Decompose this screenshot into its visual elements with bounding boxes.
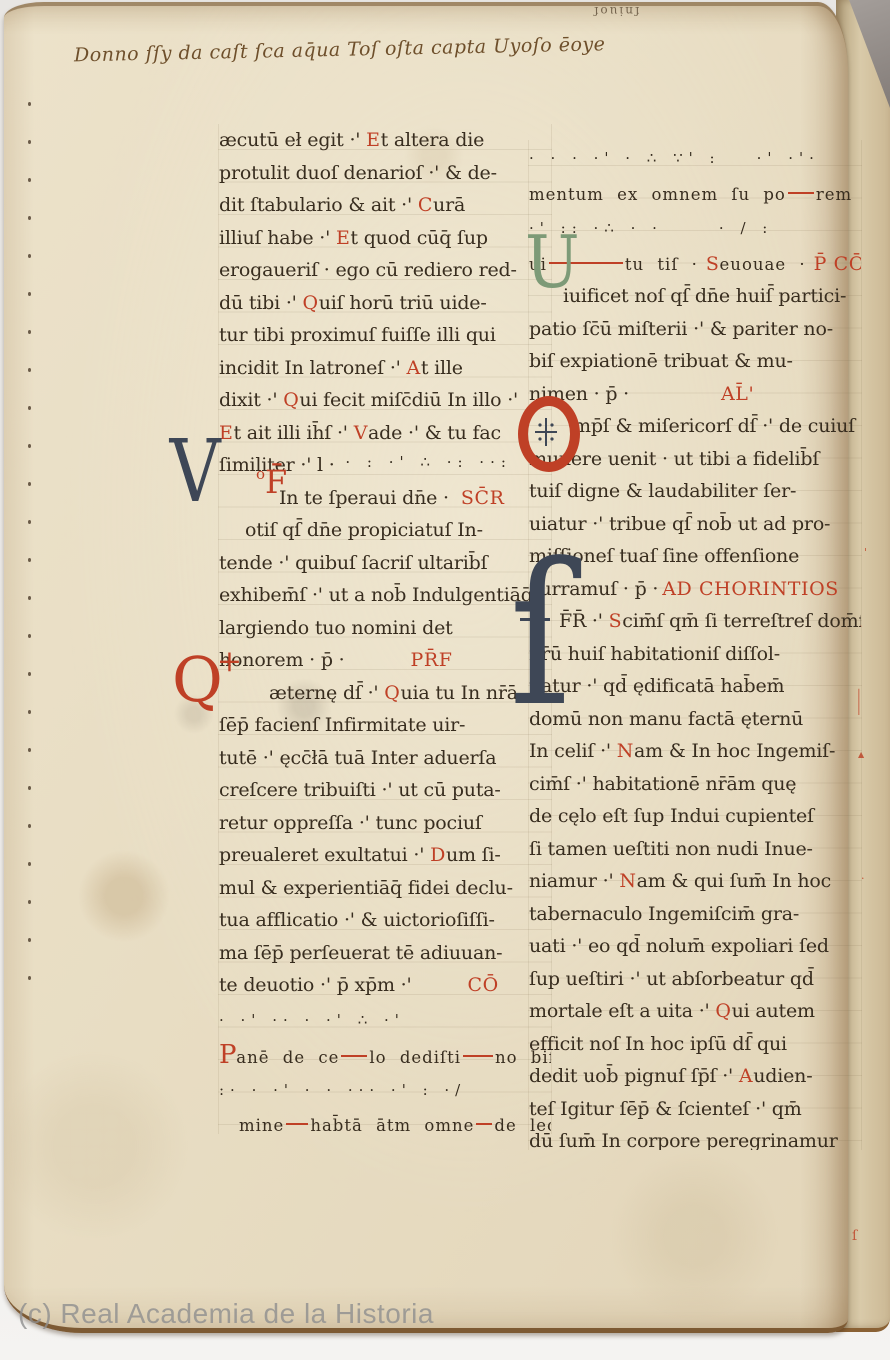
initial-q-cross: + <box>217 644 242 679</box>
red-bleed-mark: ſ <box>852 1228 857 1244</box>
body-text: mentum ex omnem ſu po <box>529 185 786 204</box>
text-line: illiuſ habe ·' Et quod cūq̄ ſup <box>219 222 551 255</box>
neume-notation: ·' ·'· <box>757 149 820 167</box>
text-line: biſ expiationē tribuat & mu- <box>529 345 861 378</box>
rubric-text: P <box>219 1040 236 1070</box>
body-text: t altera die <box>381 129 485 151</box>
rubric-text: Q <box>384 682 400 704</box>
initial-o-cross-ornament <box>534 416 558 448</box>
prick-mark-dot <box>28 368 31 372</box>
chant-line: mentum ex omnem ſu porem ſuu <box>529 178 861 211</box>
text-line: munere uenit · ut tibi a fidelib̄ſ <box>529 443 861 476</box>
body-text: ade ·' & tu fac <box>368 422 501 444</box>
chant-connector-line <box>463 1055 493 1057</box>
text-line: tur tibi proximuſ fuiſſe illi qui <box>219 319 551 352</box>
body-text: tur tibi proximuſ fuiſſe illi qui <box>219 324 496 346</box>
text-line: patio ſc̄ū miſterii ·' & pariter no- <box>529 313 861 346</box>
photo-background: '·|▲·ſ Donno ſſy da caſt ſca aq̄ua Toſ o… <box>0 0 890 1360</box>
rubric-text: SC̄R <box>461 487 505 509</box>
text-line: honorem · p̄ ·PR̄F <box>219 644 551 677</box>
initial-u-vivificet: U <box>525 234 580 292</box>
chant-connector-line <box>286 1123 308 1125</box>
chant-connector-line <box>341 1055 367 1057</box>
body-text: t ait illi ih̄ſ ·' <box>233 422 353 444</box>
prick-mark-dot <box>28 596 31 600</box>
offertory-monogram: oF̄ <box>256 468 287 496</box>
text-line: preualeret exultatui ·' Dum ſi- <box>219 839 551 872</box>
body-text: ſēp̄ facienſ Infirmitate uir- <box>219 714 465 736</box>
body-text: retur oppreſſa ·' tunc pociuſ <box>219 812 482 834</box>
prick-mark-dot <box>28 520 31 524</box>
body-text: erogaueriſ · ego cū rediero red- <box>219 259 517 281</box>
text-line: protulit duoſ denarioſ ·' & de- <box>219 157 551 190</box>
text-line: ſēp̄ facienſ Infirmitate uir- <box>219 709 551 742</box>
neume-notation: · · · ·' · ∴ ∵' : <box>529 149 721 167</box>
body-text: cim̄ſ qm̄ ſi terreſtreſ dom̄ſ <box>622 610 862 632</box>
text-line: Et ait illi ih̄ſ ·' Vade ·' & tu fac <box>219 417 551 450</box>
rubric-text: C <box>418 194 433 216</box>
body-text: dit ſtabulario & ait ·' <box>219 194 418 216</box>
rubric-text: Q <box>283 389 299 411</box>
text-line: mul & experientiāq̄ fidei declu- <box>219 872 551 905</box>
rubric-text: Q <box>715 1000 731 1022</box>
body-text: protulit duoſ denarioſ ·' & de- <box>219 162 497 184</box>
rubric-text: E <box>336 227 350 249</box>
body-text: ui autem <box>732 1000 815 1022</box>
prick-mark-dot <box>28 216 31 220</box>
text-line: tuiſ digne & laudabiliter ſer- <box>529 475 861 508</box>
body-text: mp̄ſ & miſericorſ dſ̄ ·' de cuiuſ <box>573 415 855 437</box>
chant-line: Panē de celo dediſtino biſ do <box>219 1039 551 1072</box>
chant-line: minehab̄tā ātm omnede lec ta <box>219 1109 551 1134</box>
text-line: exhibem̄ſ ·' ut a nob̄ Indulgentiāq̄ <box>219 579 551 612</box>
text-line: nimen · p̄ ·AL̄' <box>529 378 861 411</box>
initial-f-crossbar <box>520 618 550 621</box>
prick-mark-dot <box>28 710 31 714</box>
rubric-text: V <box>354 422 368 444</box>
body-text: uia tu In nr̄ā <box>400 682 517 704</box>
neume-notation: · ·' ·· · ·' ∴ ·' <box>219 1011 405 1029</box>
body-text: hab̄tā ātm omne <box>310 1116 474 1134</box>
text-line: largiendo tuo nomini det <box>219 612 551 645</box>
body-text: tu tiſ · <box>625 255 698 274</box>
initial-q-preface: Q+ <box>172 650 242 705</box>
rubric-text: N <box>617 740 634 762</box>
body-text: mul & experientiāq̄ fidei declu- <box>219 877 513 899</box>
body-text: dixit ·' <box>219 389 283 411</box>
prick-mark-dot <box>28 330 31 334</box>
text-line: ſi tamen ueſtiti non nudi Inue- <box>529 833 861 866</box>
prick-mark-dot <box>28 178 31 182</box>
text-line: uatur ·' qd̄ ędificatā hab̄em̄ <box>529 670 861 703</box>
body-text: lo dediſti <box>369 1048 461 1067</box>
rubric-text: S <box>609 610 623 632</box>
body-text: dū tibi ·' <box>219 292 303 314</box>
rubric-text: A <box>739 1065 753 1087</box>
body-text: tua afflicatio ·' & uictorioſiſſi- <box>219 909 495 931</box>
body-text: teſ Igitur ſēp̄ & ſcienteſ ·' qm̄ <box>529 1098 802 1120</box>
initial-o-omnipotens <box>518 396 580 472</box>
monogram-f: F̄ <box>265 463 287 501</box>
prick-mark-dot <box>28 254 31 258</box>
text-line: domū non manu factā ęternū <box>529 703 861 736</box>
text-line: F̄R̄ ·' Scim̄ſ qm̄ ſi terreſtreſ dom̄ſ <box>529 605 861 638</box>
monogram-o: o <box>256 465 265 483</box>
text-line: In celiſ ·' Nam & In hoc Ingemiſ- <box>529 735 861 768</box>
prick-mark-dot <box>28 672 31 676</box>
neume-line: · · · ·' · ∴ ∵' :·' ·'· <box>529 140 861 178</box>
text-line: retur oppreſſa ·' tunc pociuſ <box>219 807 551 840</box>
body-text: uati ·' eo qd̄ nolum̄ expoliari ſed <box>529 935 829 957</box>
text-line: tende ·' quibuſ ſacriſ ultarib̄ſ <box>219 547 551 580</box>
text-line: cim̄ſ ·' habitationē nr̄ām quę <box>529 768 861 801</box>
body-text: preualeret exultatui ·' <box>219 844 430 866</box>
body-text: largiendo tuo nomini det <box>219 617 453 639</box>
text-line: erogaueriſ · ego cū rediero red- <box>219 254 551 287</box>
prick-mark-dot <box>28 900 31 904</box>
text-line: teſ Igitur ſēp̄ & ſcienteſ ·' qm̄ <box>529 1093 861 1126</box>
text-line: niamur ·' Nam & qui ſum̄ In hoc <box>529 865 861 898</box>
text-line: æternę dſ̄ ·' Quia tu In nr̄ā <box>219 677 551 710</box>
body-text: anē de ce <box>236 1048 339 1067</box>
text-line: te deuotio ·' p̄ xp̄m ·'CŌ <box>219 969 551 1002</box>
rubric-text: A <box>407 357 421 379</box>
body-text: am & In hoc Ingemiſ- <box>634 740 835 762</box>
prick-mark-dot <box>28 292 31 296</box>
body-text: de cęlo eſt ſup Indui cupienteſ <box>529 805 814 827</box>
text-line: dixit ·' Qui fecit miſc̄diū In illo ·' <box>219 384 551 417</box>
copyright-watermark: (c) Real Academia de la Historia <box>18 1298 434 1330</box>
body-text: biſ expiationē tribuat & mu- <box>529 350 793 372</box>
text-line: creſcere tribuiſti ·' ut cū puta- <box>219 774 551 807</box>
header-annotation: Donno ſſy da caſt ſca aq̄ua Toſ oſta cap… <box>74 36 494 67</box>
body-text: uiatur ·' tribue qſ̄ nob̄ ut ad pro- <box>529 513 830 535</box>
text-line: nr̄ū huiſ habitationiſ diſſol- <box>529 638 861 671</box>
body-text: iuificet noſ qſ̄ dn̄e huiſ̄ partici- <box>563 285 846 307</box>
rubric-text: P̄ CŌ <box>814 253 862 275</box>
body-text: In te ſperaui dn̄e · <box>279 487 449 509</box>
body-text: æcutū eł egit ·' <box>219 129 366 151</box>
body-text: illiuſ habe ·' <box>219 227 336 249</box>
prick-mark-dot <box>28 140 31 144</box>
body-text: tuiſ digne & laudabiliter ſer- <box>529 480 796 502</box>
body-text: udien- <box>753 1065 812 1087</box>
text-line: incidit In latroneſ ·' At ille <box>219 352 551 385</box>
rubric-text: N <box>619 870 636 892</box>
body-text: am & qui ſum̄ In hoc <box>637 870 831 892</box>
text-line: uati ·' eo qd̄ nolum̄ expoliari ſed <box>529 930 861 963</box>
text-line: dedit uob̄ pignuſ ſp̄ſ ·' Audien- <box>529 1060 861 1093</box>
body-text: euouae · <box>720 255 806 274</box>
text-line: dū tibi ·' Quiſ horū triū uide- <box>219 287 551 320</box>
body-text: urā <box>433 194 465 216</box>
text-line: tua afflicatio ·' & uictorioſiſſi- <box>219 904 551 937</box>
top-edge-inscription: ſniuoſ <box>592 4 639 18</box>
prick-mark-dot <box>28 406 31 410</box>
rubric-text: E <box>219 422 233 444</box>
text-line: efficit noſ In hoc ipſū dſ̄ qui <box>529 1028 861 1061</box>
initial-q-letter: Q <box>172 643 223 716</box>
body-text: mortale eſt a uita ·' <box>529 1000 715 1022</box>
text-line: tutē ·' ęcc̄łā tuā Inter aduerſa <box>219 742 551 775</box>
text-line: ſup ueſtiri ·' ut abſorbeatur qd̄ <box>529 963 861 996</box>
text-line: æcutū eł egit ·' Et altera die <box>219 124 551 157</box>
neume-notation: · : ·' ∴ ·: ··: <box>335 453 512 471</box>
body-text: dū ſum̄ In corpore peregrinamur <box>529 1130 838 1150</box>
body-text: æternę dſ̄ ·' <box>269 682 384 704</box>
body-text: efficit noſ In hoc ipſū dſ̄ qui <box>529 1033 787 1055</box>
rubric-text: Q <box>303 292 319 314</box>
body-text: rem ſuu <box>816 185 862 204</box>
body-text: otiſ qſ̄ dn̄e propiciatuſ In- <box>245 519 483 541</box>
text-line: dū ſum̄ In corpore peregrinamur <box>529 1125 861 1150</box>
body-text: dedit uob̄ pignuſ ſp̄ſ ·' <box>529 1065 739 1087</box>
rubric-text: AD CHORINTIOS <box>662 578 839 600</box>
body-text: cim̄ſ ·' habitationē nr̄ām quę <box>529 773 796 795</box>
body-text: ſi tamen ueſtiti non nudi Inue- <box>529 838 813 860</box>
rubric-text: S <box>706 253 720 275</box>
rubric-text: CŌ <box>468 974 499 996</box>
prick-mark-dot <box>28 634 31 638</box>
manuscript-page: Donno ſſy da caſt ſca aq̄ua Toſ oſta cap… <box>4 2 848 1333</box>
body-text: mine <box>239 1116 284 1134</box>
body-text: niamur ·' <box>529 870 619 892</box>
text-line: uiatur ·' tribue qſ̄ nob̄ ut ad pro- <box>529 508 861 541</box>
initial-f-fratres: ſ <box>509 550 571 722</box>
body-text: ma ſēp̄ perſeuerat tē adiuuan- <box>219 942 502 964</box>
body-text: tutē ·' ęcc̄łā tuā Inter aduerſa <box>219 747 496 769</box>
prick-mark-dot <box>28 786 31 790</box>
body-text: t ille <box>421 357 463 379</box>
body-text: t quod cūq̄ ſup <box>350 227 487 249</box>
chant-connector-line <box>788 192 814 194</box>
body-text: incidit In latroneſ ·' <box>219 357 407 379</box>
body-text: uiſ horū triū uide- <box>319 292 487 314</box>
text-line: de cęlo eſt ſup Indui cupienteſ <box>529 800 861 833</box>
rubric-text: D <box>430 844 446 866</box>
initial-v-votis: V <box>170 438 221 507</box>
text-line: dit ſtabulario & ait ·' Curā <box>219 189 551 222</box>
body-text: ui fecit miſc̄diū In illo ·' <box>299 389 518 411</box>
prick-mark-dot <box>28 862 31 866</box>
text-line: tabernaculo Ingemiſcim̄ gra- <box>529 898 861 931</box>
body-text: um ſi- <box>446 844 501 866</box>
prick-mark-dot <box>28 102 31 106</box>
body-text: creſcere tribuiſti ·' ut cū puta- <box>219 779 501 801</box>
body-text: ſup ueſtiri ·' ut abſorbeatur qd̄ <box>529 968 814 990</box>
red-bleed-mark: ' <box>864 546 867 559</box>
chant-connector-line <box>476 1123 492 1125</box>
rubric-text: E <box>366 129 380 151</box>
neume-notation: · / : <box>719 219 773 237</box>
body-text: te deuotio ·' p̄ xp̄m ·' <box>219 974 412 996</box>
body-text: tabernaculo Ingemiſcim̄ gra- <box>529 903 799 925</box>
rubric-text: AL̄' <box>721 383 754 405</box>
prick-mark-dot <box>28 824 31 828</box>
prick-mark-dot <box>28 976 31 980</box>
body-text: patio ſc̄ū miſterii ·' & pariter no- <box>529 318 833 340</box>
neume-line: :· · ·' · · ··· ·' : ·/ <box>219 1072 551 1110</box>
rubric-text: PR̄F <box>410 649 452 671</box>
neume-notation: :· · ·' · · ··· ·' : ·/ <box>219 1081 466 1099</box>
text-line: ma ſēp̄ perſeuerat tē adiuuan- <box>219 937 551 970</box>
prick-mark-dot <box>28 748 31 752</box>
prick-mark-dot <box>28 444 31 448</box>
text-line: curramuſ · p̄ ·AD CHORINTIOS <box>529 573 861 606</box>
prick-mark-dot <box>28 482 31 486</box>
body-text: exhibem̄ſ ·' ut a nob̄ Indulgentiāq̄ <box>219 584 533 606</box>
text-line: miſſioneſ tuaſ ſine offenſione <box>529 540 861 573</box>
prick-mark-dot <box>28 938 31 942</box>
body-text: tende ·' quibuſ ſacriſ ultarib̄ſ <box>219 552 487 574</box>
prick-mark-dot <box>28 558 31 562</box>
neume-line: · ·' ·· · ·' ∴ ·' <box>219 1002 551 1040</box>
text-column-left: æcutū eł egit ·' Et altera dieprotulit d… <box>218 124 552 1134</box>
text-line: mortale eſt a uita ·' Qui autem <box>529 995 861 1028</box>
text-line: otiſ qſ̄ dn̄e propiciatuſ In- <box>219 514 551 547</box>
